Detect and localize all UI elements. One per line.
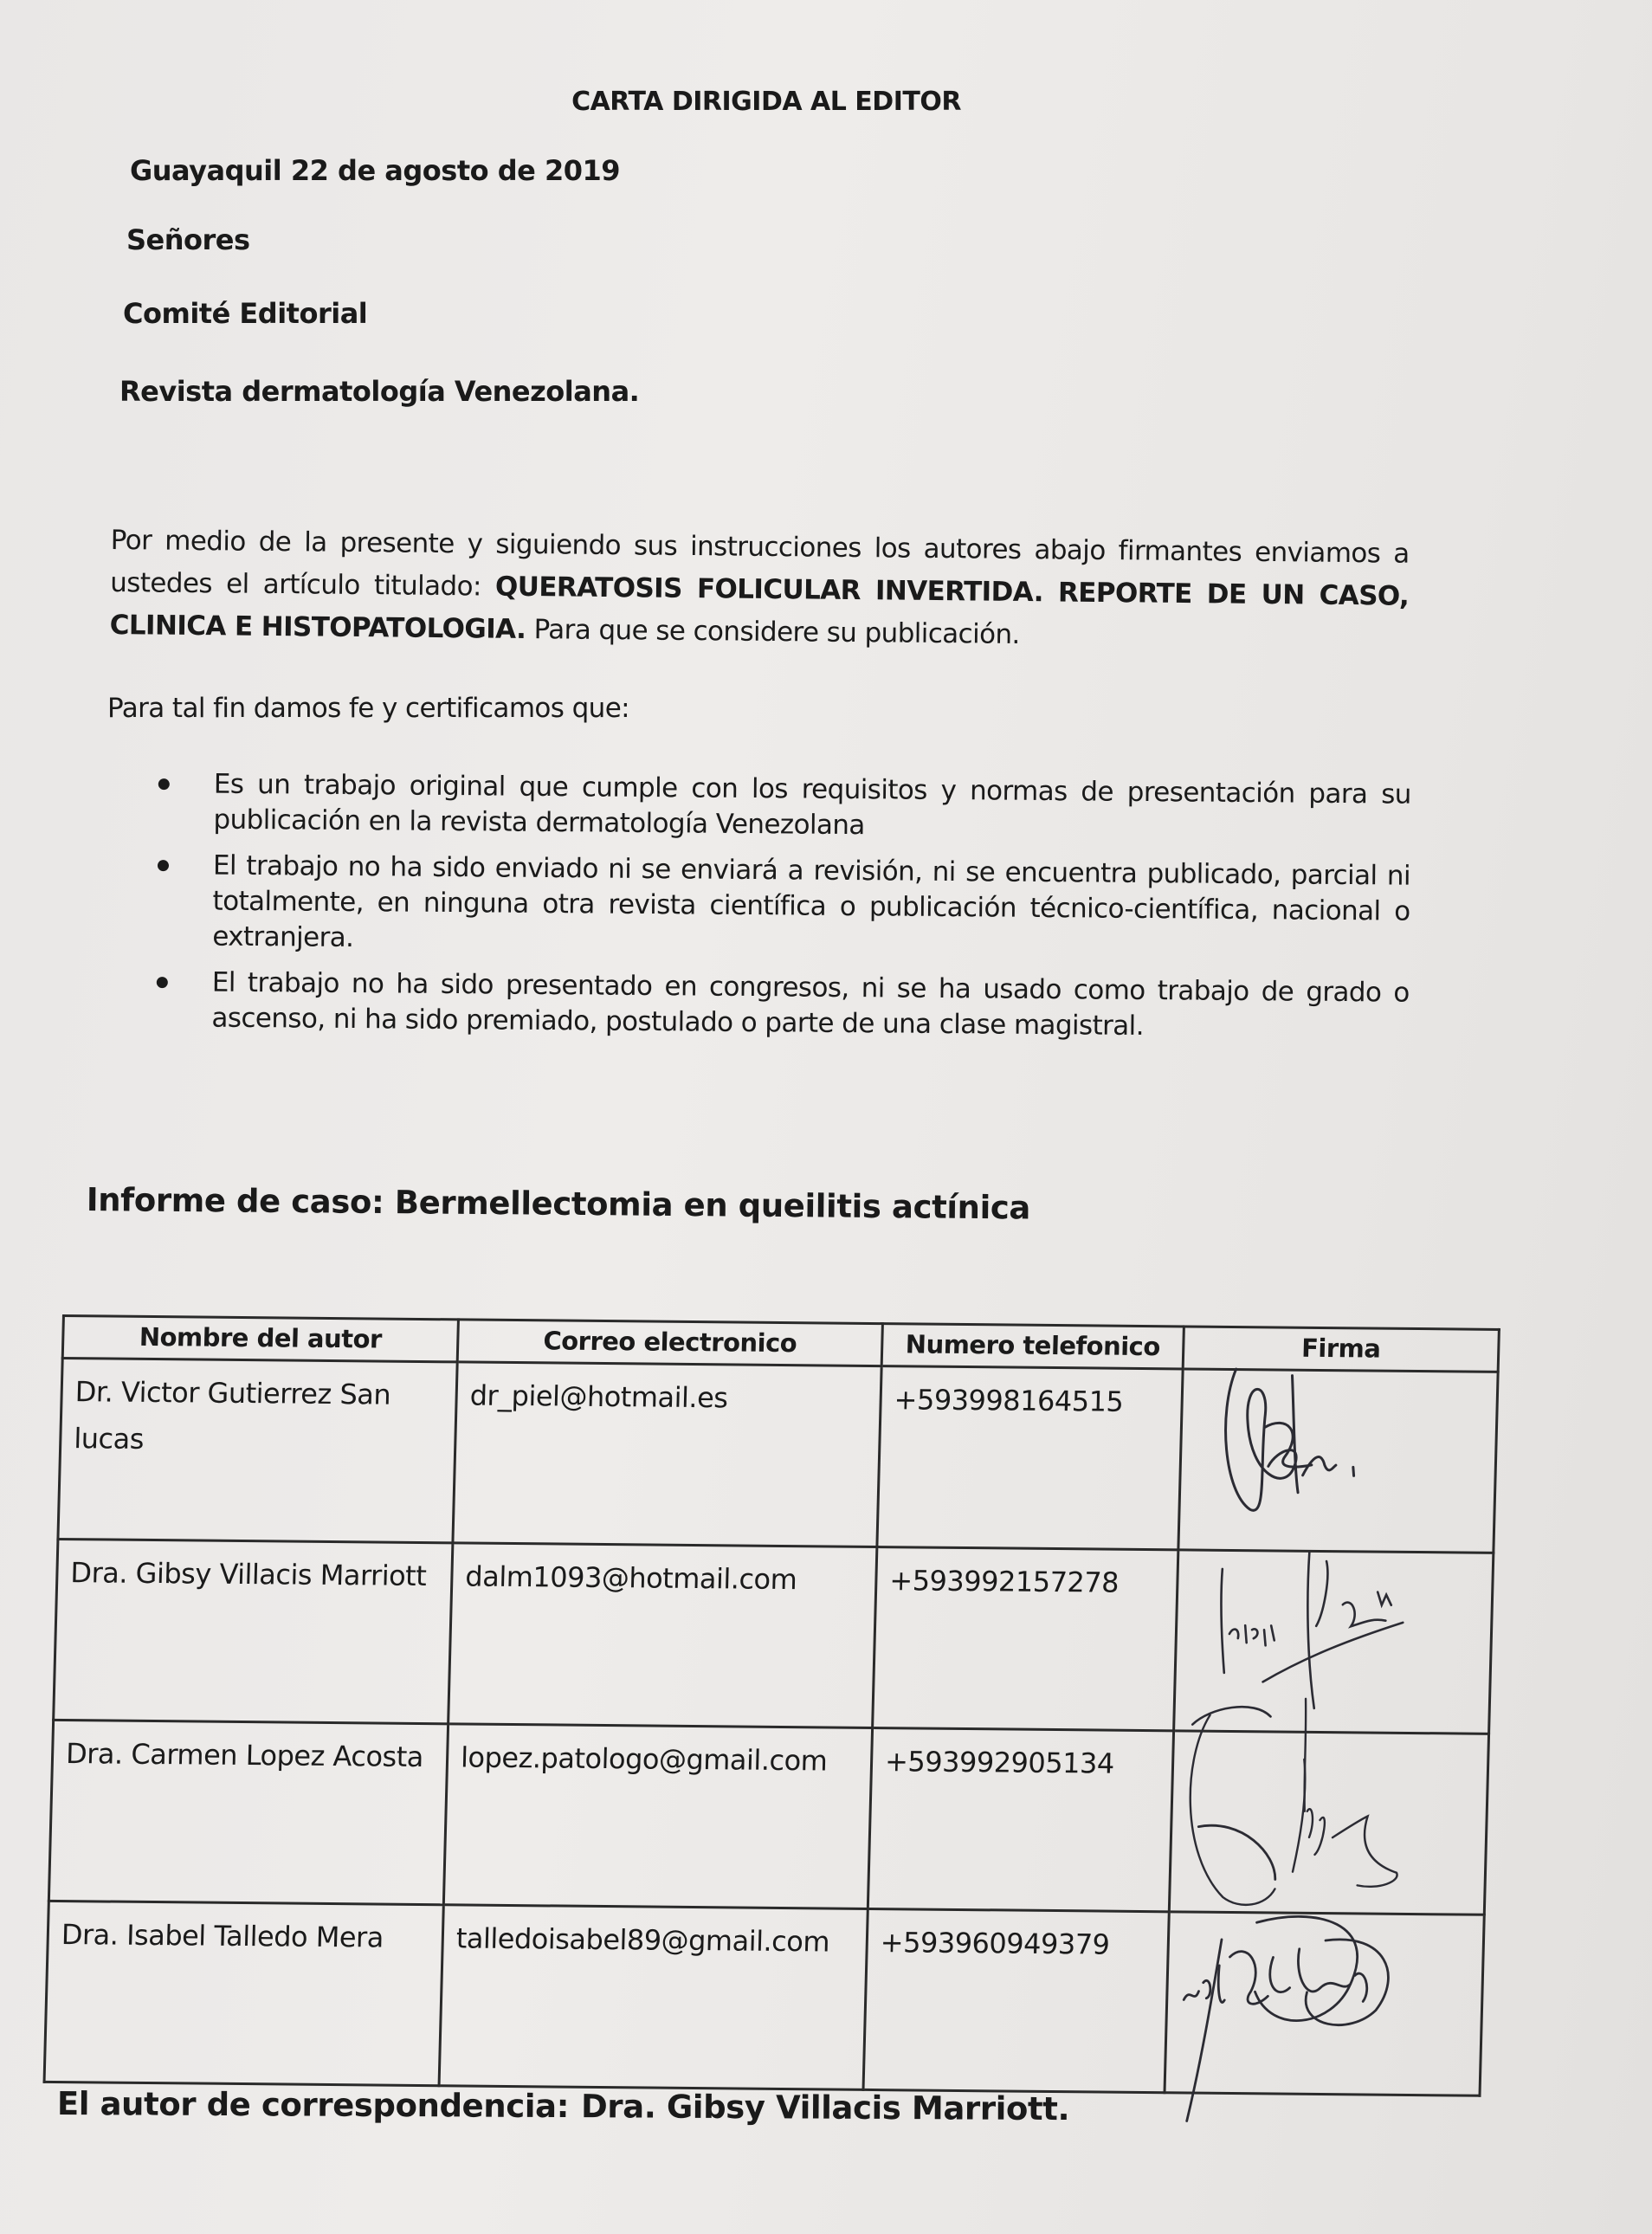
certification-text: Es un trabajo original que cumple con lo… <box>213 769 1411 842</box>
corresponding-author-label: El autor de correspondencia: <box>57 2085 569 2125</box>
table-row: Dra. Isabel Talledo Mera talledoisabel89… <box>44 1901 1484 2095</box>
signature-icon <box>1183 1740 1475 1904</box>
author-signature-cell <box>1174 1550 1494 1734</box>
certification-item: Es un trabajo original que cumple con lo… <box>151 766 1411 849</box>
certification-item: El trabajo no ha sido presentado en cong… <box>149 965 1410 1047</box>
header-email: Correo electronico <box>457 1320 882 1366</box>
table-row: Dra. Gibsy Villacis Marriott dalm1093@ho… <box>54 1539 1494 1734</box>
authors-table-wrapper: Nombre del autor Correo electronico Nume… <box>43 1314 1500 2097</box>
place-date: Guayaquil 22 de agosto de 2019 <box>130 154 620 187</box>
certification-list: Es un trabajo original que cumple con lo… <box>149 766 1411 1057</box>
signature-icon <box>1178 1921 1471 2085</box>
author-name: Dr. Victor Gutierrez San lucas <box>58 1359 457 1543</box>
bullet-icon <box>157 977 168 988</box>
author-name: Dra. Gibsy Villacis Marriott <box>54 1539 453 1723</box>
certification-text: El trabajo no ha sido presentado en cong… <box>211 967 1410 1042</box>
author-name: Dra. Isabel Talledo Mera <box>44 1901 443 2085</box>
paragraph-closing: Para que se considere su publicación. <box>526 614 1020 650</box>
authors-table: Nombre del autor Correo electronico Nume… <box>43 1314 1500 2097</box>
author-email: talledoisabel89@gmail.com <box>439 1905 868 2090</box>
author-signature-cell <box>1178 1369 1498 1553</box>
author-name: Dra. Carmen Lopez Acosta <box>48 1720 448 1904</box>
corresponding-author: El autor de correspondencia:Dra. Gibsy V… <box>57 2085 1070 2127</box>
letter-title: CARTA DIRIGIDA AL EDITOR <box>0 87 1533 117</box>
signature-icon <box>1187 1560 1480 1724</box>
author-signature-cell <box>1169 1731 1488 1914</box>
salutation: Señores <box>126 223 250 256</box>
recipient-journal: Revista dermatología Venezolana. <box>119 375 639 408</box>
author-phone: +593992905134 <box>868 1728 1173 1912</box>
author-email: dalm1093@hotmail.com <box>448 1543 877 1728</box>
author-phone: +593998164515 <box>877 1366 1183 1550</box>
header-author-name: Nombre del autor <box>62 1316 458 1362</box>
author-phone: +593992157278 <box>873 1547 1178 1731</box>
table-row: Dr. Victor Gutierrez San lucas dr_piel@h… <box>58 1359 1498 1553</box>
author-email: lopez.patologo@gmail.com <box>443 1724 872 1909</box>
recipient-committee: Comité Editorial <box>123 297 367 330</box>
table-row: Dra. Carmen Lopez Acosta lopez.patologo@… <box>48 1720 1488 1914</box>
scanned-letter-page: CARTA DIRIGIDA AL EDITOR Guayaquil 22 de… <box>0 0 1652 2234</box>
signature-icon <box>1192 1379 1485 1543</box>
author-email: dr_piel@hotmail.es <box>453 1362 881 1547</box>
author-signature-cell <box>1165 1912 1484 2095</box>
intro-paragraph: Por medio de la presente y siguiendo sus… <box>109 520 1409 661</box>
certify-intro: Para tal fin damos fe y certificamos que… <box>107 693 629 724</box>
bullet-icon <box>158 778 170 790</box>
certification-text: El trabajo no ha sido enviado ni se envi… <box>212 850 1410 953</box>
bullet-icon <box>158 860 169 871</box>
corresponding-author-name: Dra. Gibsy Villacis Marriott. <box>581 2088 1069 2127</box>
header-phone: Numero telefonico <box>881 1324 1184 1369</box>
certification-item: El trabajo no ha sido enviado ni se envi… <box>150 848 1410 965</box>
section-heading: Informe de caso: Bermellectomia en queil… <box>87 1181 1031 1227</box>
author-phone: +593960949379 <box>863 1908 1169 2092</box>
